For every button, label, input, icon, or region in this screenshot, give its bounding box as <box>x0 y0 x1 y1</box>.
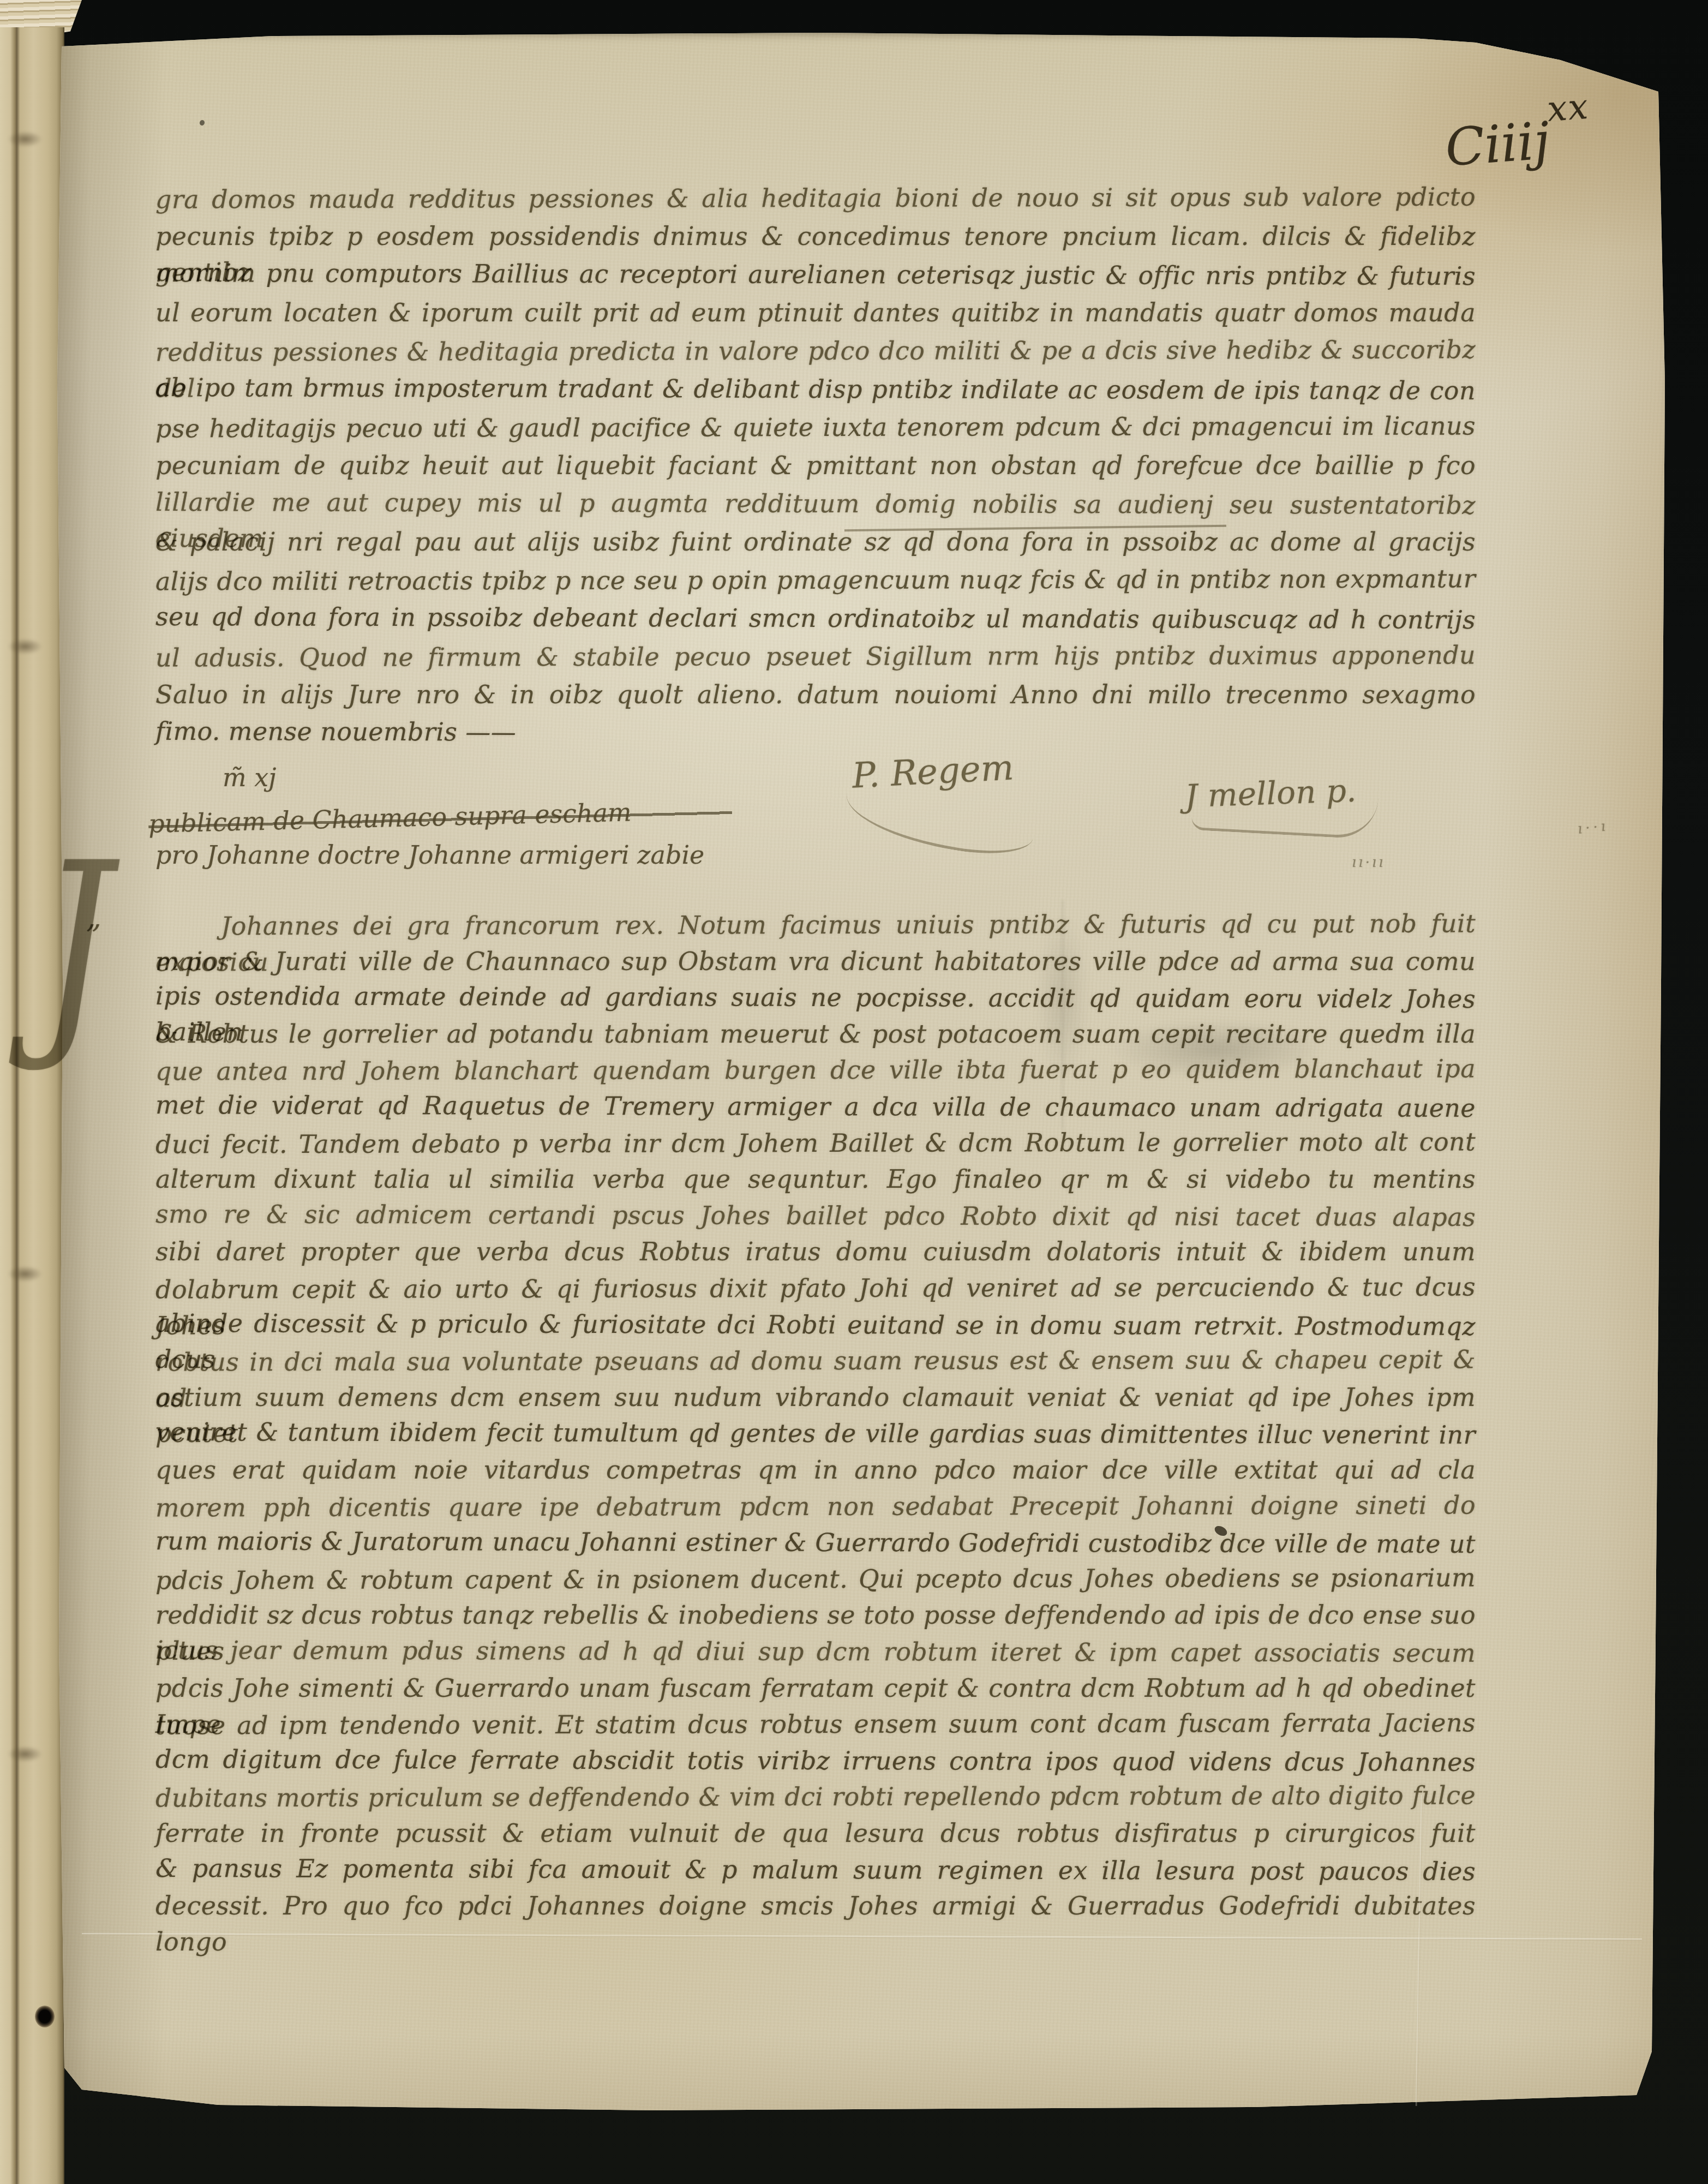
manuscript-line: dubitans mortis priculum se deffendendo … <box>155 1778 1476 1820</box>
manuscript-line: & palacij nri regal pau aut alijs usibz … <box>155 524 1476 563</box>
manuscript-line: Saluo in alijs Jure nro & in oibz quolt … <box>155 677 1476 716</box>
manuscript-line: alijs dco militi retroactis tpibz p nce … <box>155 560 1476 602</box>
manuscript-line: maior & Jurati ville de Chaunnaco sup Ob… <box>155 943 1476 983</box>
manuscript-line: ul adusis. Quod ne firmum & stabile pecu… <box>155 637 1476 679</box>
manuscript-line: ferrate in fronte pcussit & etiam vulnui… <box>155 1815 1476 1854</box>
manuscript-line: ab ipo tam brmus imposterum tradant & de… <box>155 369 1476 412</box>
manuscript-line: met die viderat qd Raquetus de Tremery a… <box>155 1087 1476 1129</box>
manuscript-photo: Ciiijxx gra domos mauda redditus pession… <box>0 0 1708 2184</box>
manuscript-line: duci fecit. Tandem debato p verba inr dc… <box>155 1123 1476 1165</box>
binding-stitch <box>8 1266 43 1282</box>
manuscript-line: Johannes dei gra francorum rex. Notum fa… <box>155 905 1476 947</box>
address-entry: pro Johanne doctre Johanne armigeri zabi… <box>155 840 704 870</box>
manuscript-line: pecuniam de quibz heuit aut liquebit fac… <box>155 447 1476 487</box>
manuscript-line: pecunis tpibz p eosdem possidendis dnimu… <box>155 218 1476 258</box>
manuscript-line: fimo. mense nouembris —— <box>155 713 1476 756</box>
manuscript-line: decessit. Pro quo fco pdci Johannes doig… <box>155 1888 1476 1927</box>
manuscript-line: smo re & sic admicem certandi pscus Johe… <box>155 1196 1476 1238</box>
decorated-initial: J <box>39 833 111 1058</box>
book-fore-edge <box>0 27 64 2184</box>
wormhole <box>35 2006 55 2027</box>
manuscript-line: redditus pessiones & heditagia predicta … <box>155 331 1476 373</box>
manuscript-line: ul eorum locaten & iporum cuilt prit ad … <box>155 295 1476 334</box>
stain <box>1107 1019 1326 1079</box>
manuscript-line: pdcis Johe simenti & Guerrardo unam fusc… <box>155 1670 1476 1709</box>
manuscript-line: robtus in dci mala sua voluntate pseuans… <box>155 1342 1476 1384</box>
manuscript-line: mornim pnu computors Baillius ac recepto… <box>155 255 1476 297</box>
marginal-mark: „ <box>86 900 101 935</box>
manuscript-line: rum maioris & Juratorum unacu Johanni es… <box>155 1523 1476 1565</box>
manuscript-line: veniret & tantum ibidem fecit tumultum q… <box>155 1414 1476 1456</box>
manuscript-line: lillardie me aut cupey mis ul p augmta r… <box>155 484 1476 526</box>
folio-number-superscript: xx <box>1546 87 1590 130</box>
chancery-note: m̃ xj <box>223 763 276 792</box>
manuscript-line: & pansus Ez pomenta sibi fca amouit & p … <box>155 1850 1476 1893</box>
manuscript-line: ipis ostendida armate deinde ad gardians… <box>155 978 1476 1020</box>
pen-trial-marks: ı··ı <box>1577 818 1610 837</box>
binding-stitch <box>8 131 43 147</box>
manuscript-line: ostium suum demens dcm ensem suu nudum v… <box>155 1379 1476 1419</box>
manuscript-line: ictus jear demum pdus simens ad h qd diu… <box>155 1632 1476 1674</box>
parchment-crease <box>1062 900 1064 1129</box>
binding-stitch <box>8 1746 43 1762</box>
manuscript-line: gra domos mauda redditus pessiones & ali… <box>155 178 1476 220</box>
manuscript-line: pse heditagijs pecuo uti & gaudl pacific… <box>155 408 1476 450</box>
manuscript-line: dcm digitum dce fulce ferrate abscidit t… <box>155 1741 1476 1784</box>
manuscript-line: sibi daret propter que verba dcus Robtus… <box>155 1234 1476 1273</box>
manuscript-line: pdcis Johem & robtum capent & in psionem… <box>155 1559 1476 1601</box>
manuscript-line: tuose ad ipm tendendo venit. Et statim d… <box>155 1705 1476 1747</box>
manuscript-line: morem pph dicentis quare ipe debatrum pd… <box>155 1487 1476 1529</box>
manuscript-line: reddidit sz dcus robtus tanqz rebellis &… <box>155 1597 1476 1636</box>
binding-stitch <box>8 638 43 655</box>
manuscript-line: alterum dixunt talia ul similia verba qu… <box>155 1161 1476 1200</box>
folio-number-main: Ciiij <box>1443 111 1551 178</box>
manuscript-line: seu qd dona fora in pssoibz debeant decl… <box>155 599 1476 641</box>
manuscript-line: dolabrum cepit & aio urto & qi furiosus … <box>155 1268 1476 1311</box>
manuscript-line: ques erat quidam noie vitardus competras… <box>155 1452 1476 1491</box>
manuscript-line: abinde discessit & p priculo & furiosita… <box>155 1305 1476 1348</box>
pen-trial-marks: ıı·ıı <box>1352 854 1386 871</box>
folio-number: Ciiijxx <box>1442 87 1593 178</box>
